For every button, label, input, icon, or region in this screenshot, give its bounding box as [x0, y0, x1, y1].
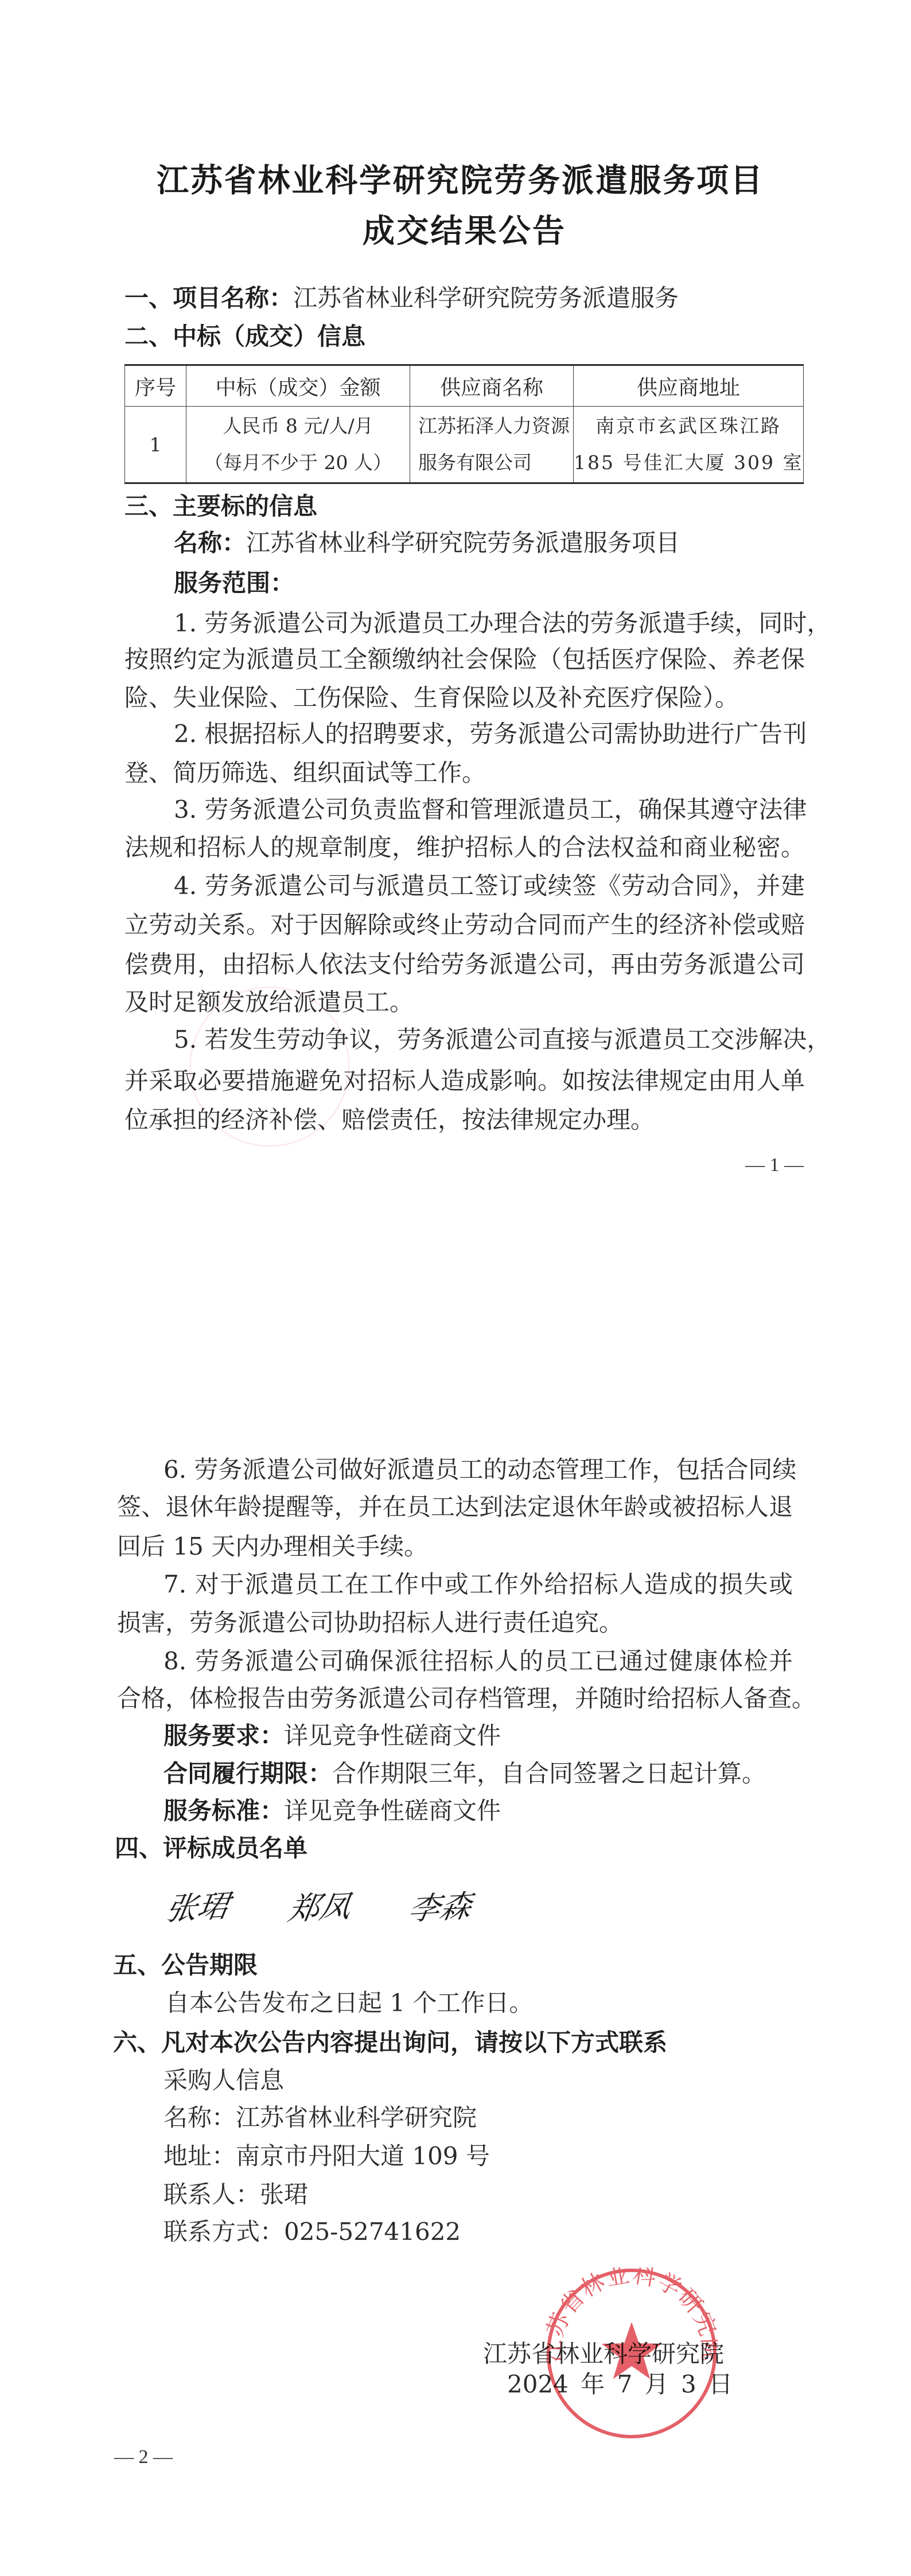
scope-item-1-line: 1. 劳务派遣公司为派遣员工办理合法的劳务派遣手续，同时， — [174, 608, 805, 638]
address-line: 南京市玄武区珠江路 — [574, 408, 803, 444]
scope-item-3-line: 法规和招标人的规章制度，维护招标人的合法权益和商业秘密。 — [124, 833, 805, 862]
signature-evaluator-3: 李森 — [406, 1886, 474, 1930]
scope-item-1-line: 按照约定为派遣员工全额缴纳社会保险（包括医疗保险、养老保 — [124, 645, 805, 674]
scope-item-1-line: 险、失业保险、工伤保险、生育保险以及补充医疗保险）。 — [124, 683, 739, 713]
contact-person-value: 张珺 — [260, 2180, 308, 2208]
project-name-value: 江苏省林业科学研究院劳务派遣服务 — [293, 284, 679, 312]
scope-item-8-line: 8. 劳务派遣公司确保派往招标人的员工已通过健康体检并 — [163, 1646, 793, 1676]
scope-item-2-line: 登、简历筛选、组织面试等工作。 — [124, 758, 486, 788]
signature-evaluator-2: 郑凤 — [285, 1886, 354, 1930]
page-number-1: — 1 — — [737, 1154, 812, 1177]
purchaser-address-row: 地址：南京市丹阳大道 109 号 — [163, 2141, 490, 2171]
service-standard-label: 服务标准： — [163, 1797, 284, 1825]
address-line: 185 号佳汇大厦 309 室 — [574, 444, 803, 481]
scope-item-7-line: 损害，劳务派遣公司协助招标人进行责任追究。 — [117, 1608, 623, 1638]
section-heading: 一、项目名称： — [124, 284, 293, 312]
scope-item-6-line: 6. 劳务派遣公司做好派遣员工的动态管理工作，包括合同续 — [163, 1455, 793, 1485]
scope-item-7-line: 7. 对于派遣员工在工作中或工作外给招标人造成的损失或 — [163, 1570, 793, 1599]
award-table: 序号 中标（成交）金额 供应商名称 供应商地址 1 人民币 8 元/人/月 （每… — [124, 364, 804, 484]
service-requirements-value: 详见竞争性磋商文件 — [284, 1722, 501, 1750]
scope-item-5-line: 并采取必要措施避免对招标人造成影响。如按法律规定由用人单 — [124, 1066, 805, 1096]
scope-item-8-line: 合格，体检报告由劳务派遣公司存档管理，并随时给招标人备查。 — [117, 1684, 800, 1714]
purchaser-address-label: 地址： — [163, 2142, 236, 2170]
section-heading-announcement-period: 五、公告期限 — [113, 1950, 258, 1980]
section-heading-award-info: 二、中标（成交）信息 — [124, 322, 365, 352]
service-standard-value: 详见竞争性磋商文件 — [284, 1797, 501, 1825]
section-heading-contact: 六、凡对本次公告内容提出询问，请按以下方式联系 — [113, 2028, 667, 2058]
cell-supplier-address: 南京市玄武区珠江路 185 号佳汇大厦 309 室 — [574, 407, 804, 483]
document-page: 江苏省林业科学研究院劳务派遣服务项目 成交结果公告 一、项目名称：江苏省林业科学… — [0, 0, 911, 2576]
subject-name-label: 名称： — [174, 529, 246, 557]
scope-item-6-line: 回后 15 天内办理相关手续。 — [117, 1532, 428, 1562]
service-requirements-label: 服务要求： — [163, 1722, 284, 1750]
scope-item-3-line: 3. 劳务派遣公司负责监督和管理派遣员工，确保其遵守法律 — [174, 795, 805, 825]
column-header-amount: 中标（成交）金额 — [186, 365, 410, 407]
scope-item-5-line: 位承担的经济补偿、赔偿责任，按法律规定办理。 — [124, 1105, 655, 1135]
purchaser-address-value: 南京市丹阳大道 109 号 — [236, 2142, 490, 2170]
section-heading-evaluation-members: 四、评标成员名单 — [115, 1833, 307, 1863]
amount-line: （每月不少于 20 人） — [186, 444, 410, 481]
scope-item-4-line: 立劳动关系。对于因解除或终止劳动合同而产生的经济补偿或赔 — [124, 910, 805, 940]
seal-star-icon — [602, 2322, 662, 2379]
contract-term-value: 合作期限三年，自合同签署之日起计算。 — [332, 1759, 766, 1787]
official-seal-icon: 江苏省林业科学研究院 — [546, 2267, 718, 2440]
purchaser-name-value: 江苏省林业科学研究院 — [236, 2103, 477, 2132]
cell-supplier-name: 江苏拓泽人力资源 服务有限公司 — [410, 407, 574, 483]
cell-index: 1 — [125, 407, 186, 483]
subject-name-value: 江苏省林业科学研究院劳务派遣服务项目 — [246, 529, 680, 557]
amount-line: 人民币 8 元/人/月 — [186, 408, 410, 444]
contract-term-label: 合同履行期限： — [163, 1759, 332, 1787]
scope-item-6-line: 签、退休年龄提醒等，并在员工达到法定退休年龄或被招标人退 — [117, 1492, 793, 1522]
scope-item-2-line: 2. 根据招标人的招聘要求，劳务派遣公司需协助进行广告刊 — [174, 719, 805, 749]
signature-evaluator-1: 张珺 — [163, 1886, 232, 1930]
purchaser-info-title: 采购人信息 — [163, 2066, 284, 2095]
scope-item-4-line: 偿费用，由招标人依法支付给劳务派遣公司，再由劳务派遣公司 — [124, 950, 805, 979]
announcement-period-text: 自本公告发布之日起 1 个工作日。 — [165, 1988, 533, 2018]
table-row: 1 人民币 8 元/人/月 （每月不少于 20 人） 江苏拓泽人力资源 服务有限… — [125, 407, 804, 483]
column-header-supplier-name: 供应商名称 — [410, 365, 574, 407]
contact-phone-row: 联系方式：025-52741622 — [163, 2217, 461, 2247]
service-requirements-row: 服务要求：详见竞争性磋商文件 — [163, 1721, 501, 1751]
section-heading-main-subject: 三、主要标的信息 — [124, 491, 317, 521]
contact-phone-value: 025-52741622 — [284, 2218, 461, 2246]
column-header-index: 序号 — [125, 365, 186, 407]
contract-term-row: 合同履行期限：合作期限三年，自合同签署之日起计算。 — [163, 1759, 766, 1789]
document-title-line-1: 江苏省林业科学研究院劳务派遣服务项目 — [157, 161, 762, 201]
cell-amount: 人民币 8 元/人/月 （每月不少于 20 人） — [186, 407, 410, 483]
contact-phone-label: 联系方式： — [163, 2218, 284, 2246]
page-number-2: — 2 — — [106, 2446, 181, 2469]
service-scope-label: 服务范围： — [174, 568, 294, 598]
section-project-name: 一、项目名称：江苏省林业科学研究院劳务派遣服务 — [124, 283, 679, 313]
supplier-line: 服务有限公司 — [410, 444, 573, 481]
document-title-line-2: 成交结果公告 — [363, 211, 564, 251]
contact-person-row: 联系人：张珺 — [163, 2180, 308, 2210]
column-header-supplier-address: 供应商地址 — [574, 365, 804, 407]
purchaser-name-label: 名称： — [163, 2103, 236, 2132]
contact-person-label: 联系人： — [163, 2180, 260, 2208]
supplier-line: 江苏拓泽人力资源 — [410, 408, 573, 444]
scope-item-5-line: 5. 若发生劳动争议，劳务派遣公司直接与派遣员工交涉解决， — [174, 1025, 805, 1055]
service-standard-row: 服务标准：详见竞争性磋商文件 — [163, 1796, 501, 1826]
subject-name-row: 名称：江苏省林业科学研究院劳务派遣服务项目 — [174, 528, 680, 558]
purchaser-name-row: 名称：江苏省林业科学研究院 — [163, 2103, 477, 2133]
table-header-row: 序号 中标（成交）金额 供应商名称 供应商地址 — [125, 365, 804, 407]
scope-item-4-line: 4. 劳务派遣公司与派遣员工签订或续签《劳动合同》，并建 — [174, 871, 805, 901]
